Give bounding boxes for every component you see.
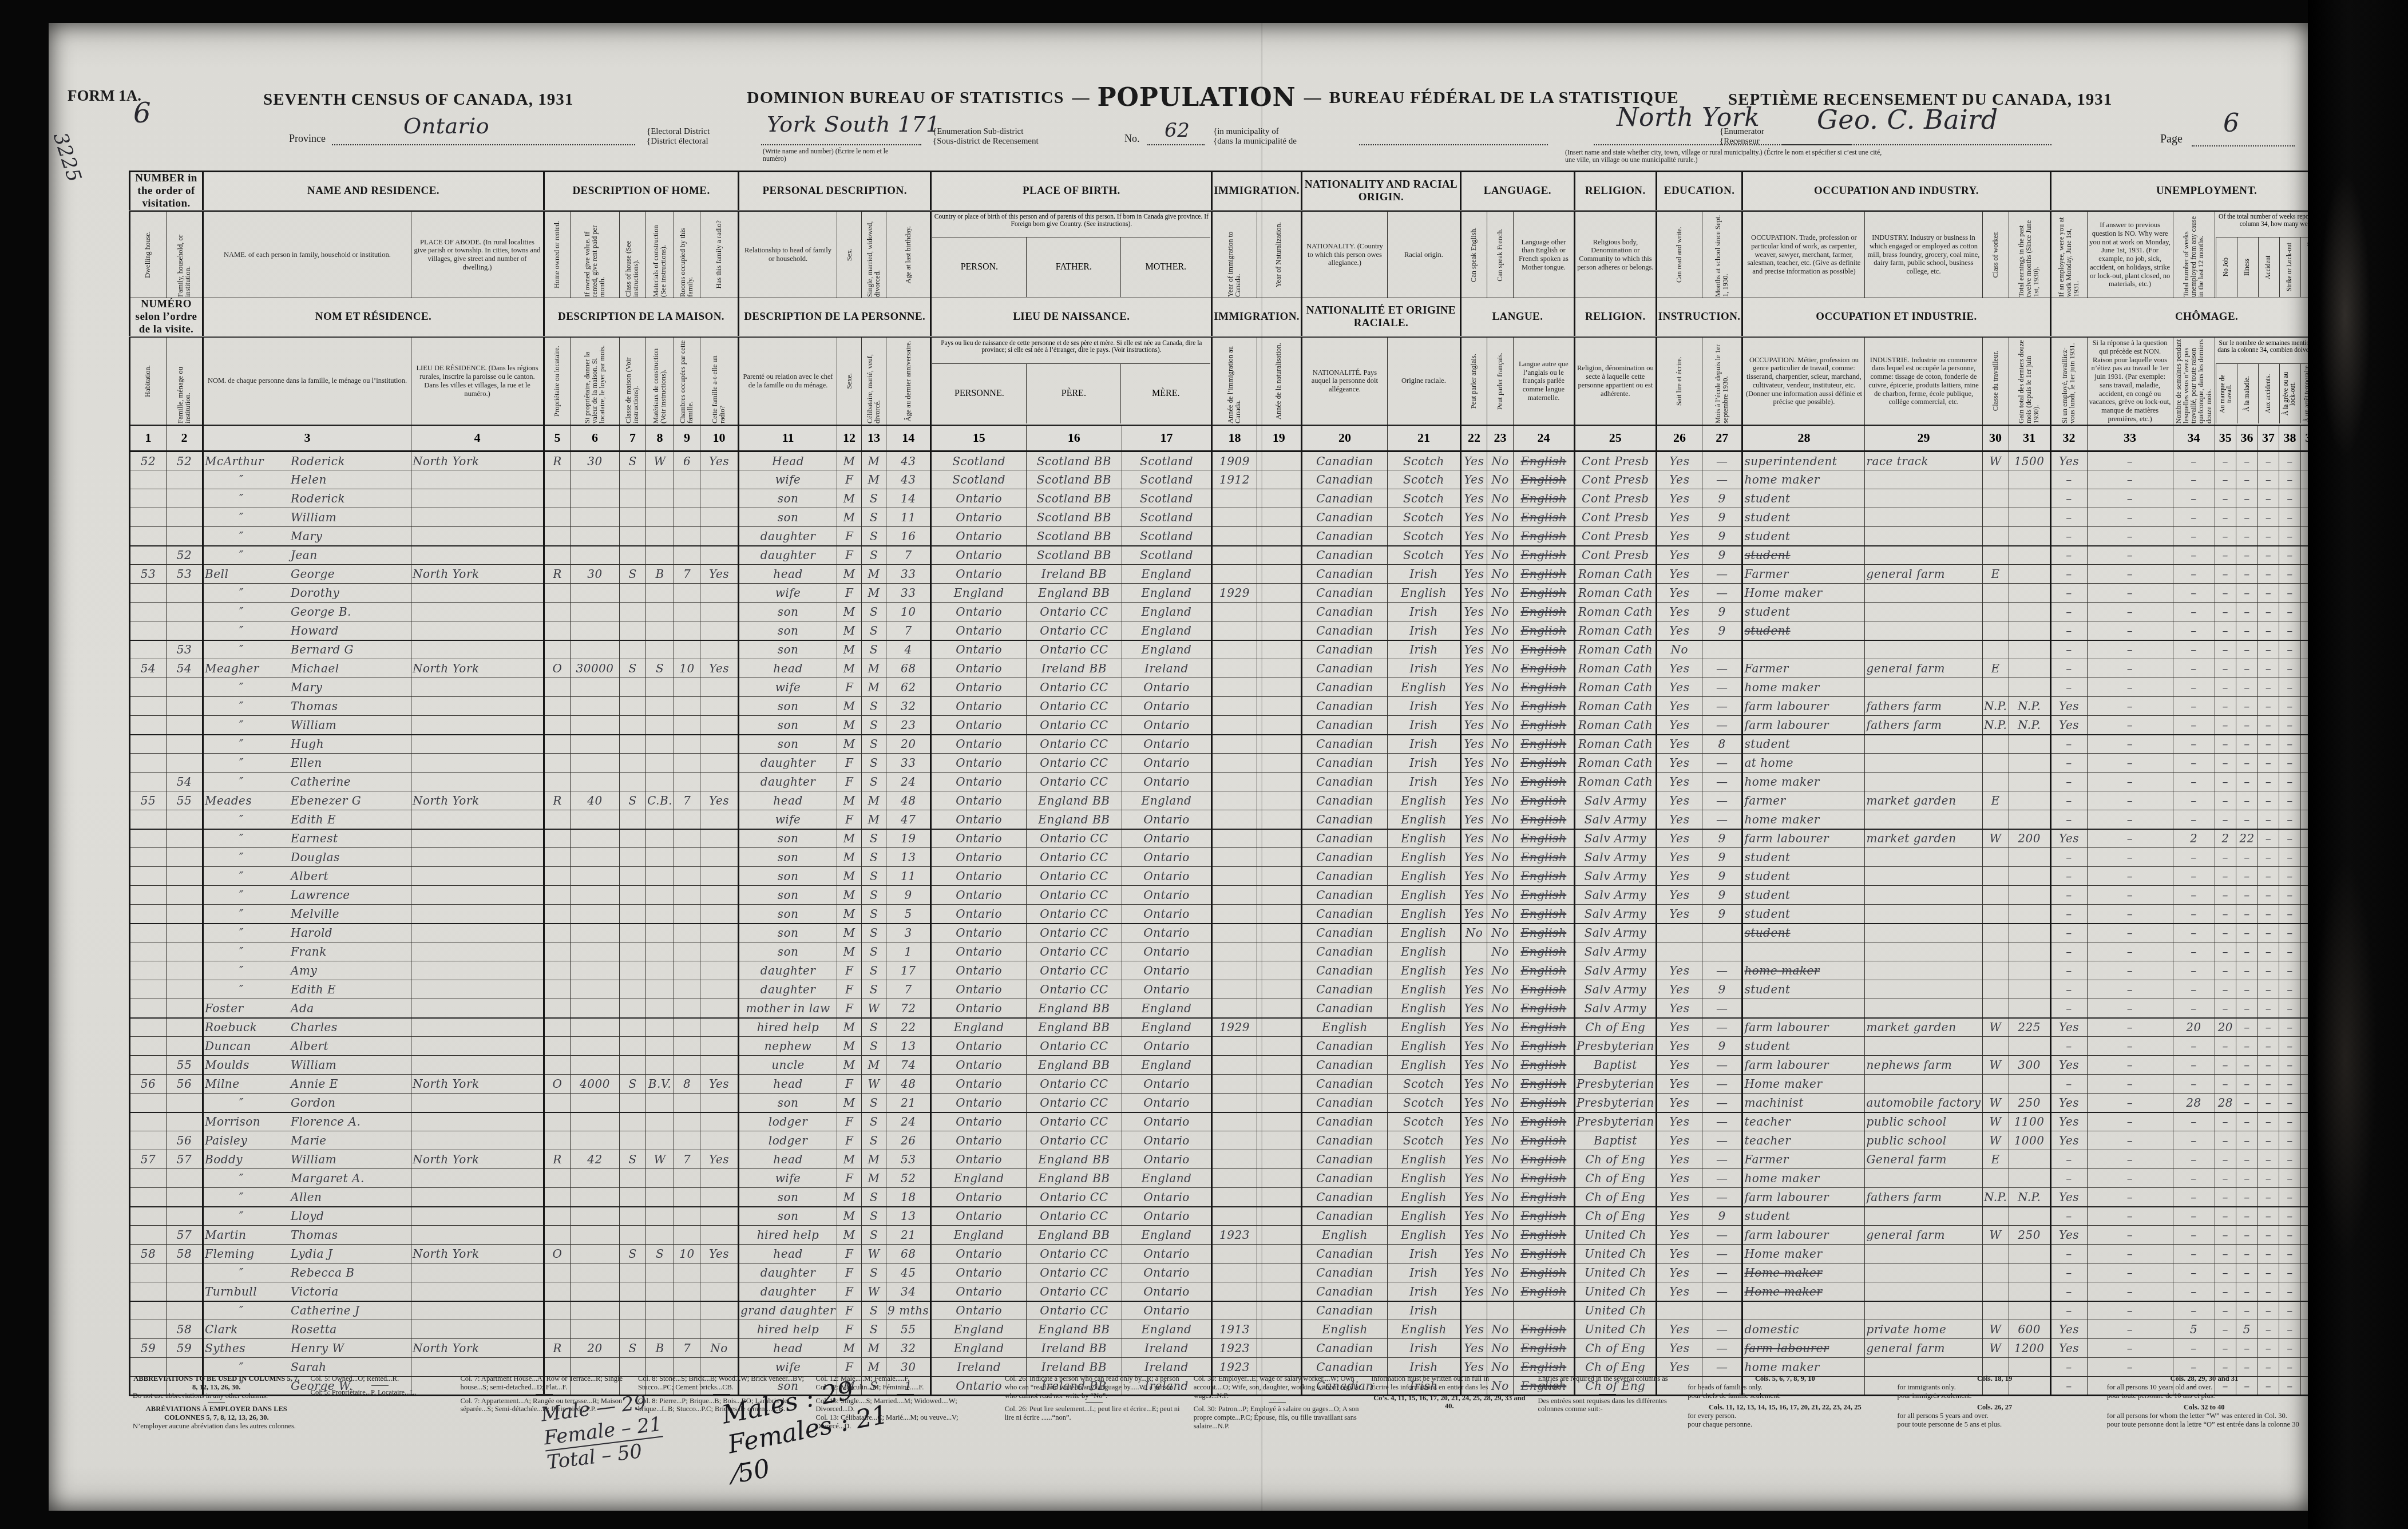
census-row: 5555MeadesEbenezer GNorth YorkR40SC.B.7Y…: [130, 791, 2400, 810]
census-cell: [130, 905, 167, 924]
census-cell: –: [2279, 697, 2301, 716]
census-cell: Yes: [700, 565, 739, 584]
census-cell: –: [2279, 1131, 2301, 1150]
census-cell: S: [862, 829, 886, 848]
census-cell: –: [2236, 640, 2258, 659]
census-cell: —: [1702, 1112, 1742, 1131]
census-cell: –: [2087, 1169, 2173, 1188]
census-cell: [411, 640, 544, 659]
census-cell: [1865, 508, 1982, 527]
cell-occupation: home maker: [1742, 678, 1865, 697]
census-cell: Ontario CC: [1027, 1075, 1122, 1094]
column-number: 13: [862, 425, 886, 451]
census-cell: Yes: [1460, 1245, 1487, 1263]
column-number: 27: [1702, 425, 1742, 451]
census-cell: [1982, 905, 2009, 924]
census-cell: 13: [886, 1037, 931, 1056]
census-cell: Ontario: [1122, 924, 1212, 942]
census-cell: [544, 1226, 571, 1245]
census-cell: –: [2215, 1358, 2236, 1377]
census-cell: [646, 924, 674, 942]
census-row: 5858FlemingLydia JNorth YorkOSS10Yeshead…: [130, 1245, 2400, 1263]
census-cell: 7: [886, 980, 931, 999]
census-cell: F: [837, 961, 862, 980]
cell-mother-tongue: English: [1513, 451, 1574, 470]
census-cell: [571, 980, 620, 999]
census-cell: [2009, 621, 2050, 640]
census-cell: Scotch: [1387, 470, 1460, 489]
census-cell: –: [2279, 886, 2301, 905]
header-subcolumn: Si un employé, travailliez-vous lundi, l…: [2050, 337, 2087, 425]
census-cell: –: [2257, 961, 2279, 980]
census-cell: 11: [886, 867, 931, 886]
census-cell: 10: [674, 1245, 700, 1263]
census-cell: [411, 905, 544, 924]
cell-surname: ″: [205, 965, 291, 976]
cell-name: ″Edith E: [203, 980, 411, 999]
cell-given-name: Rosetta: [291, 1322, 337, 1336]
census-cell: Canadian: [1301, 659, 1387, 678]
census-cell: 22: [2236, 829, 2258, 848]
census-cell: [1257, 1339, 1301, 1358]
cell-occupation: student: [1742, 621, 1865, 640]
census-cell: M: [837, 829, 862, 848]
census-cell: [700, 546, 739, 565]
census-cell: 54: [130, 659, 167, 678]
census-cell: Salv Army: [1574, 961, 1656, 980]
census-cell: 16: [886, 527, 931, 546]
province-value: Ontario: [403, 113, 489, 138]
census-cell: [1257, 1037, 1301, 1056]
census-cell: Yes: [1460, 584, 1487, 603]
census-cell: Yes: [1460, 565, 1487, 584]
census-cell: [2009, 791, 2050, 810]
census-cell: [544, 1282, 571, 1301]
census-cell: Ontario: [931, 829, 1027, 848]
census-cell: W: [646, 451, 674, 470]
census-cell: –: [2087, 810, 2173, 829]
census-cell: Ontario CC: [1027, 961, 1122, 980]
census-cell: [2009, 961, 2050, 980]
census-cell: Ontario: [931, 773, 1027, 791]
census-cell: [1656, 924, 1702, 942]
cell-given-name: Mary: [291, 680, 322, 694]
census-cell: S: [862, 527, 886, 546]
census-cell: Yes: [1460, 1226, 1487, 1245]
census-cell: –: [2050, 961, 2087, 980]
census-cell: [1982, 546, 2009, 565]
census-cell: 68: [886, 1245, 931, 1263]
census-cell: [130, 1169, 167, 1188]
census-cell: Yes: [1656, 489, 1702, 508]
census-cell: 58: [167, 1320, 203, 1339]
census-cell: Canadian: [1301, 942, 1387, 961]
census-cell: [620, 867, 646, 886]
census-cell: [1212, 810, 1257, 829]
census-cell: 53: [167, 640, 203, 659]
census-cell: [167, 754, 203, 773]
census-cell: –: [2173, 1207, 2215, 1226]
census-cell: S: [862, 697, 886, 716]
census-row: 5252McArthurRoderickNorth YorkR30SW6YesH…: [130, 451, 2400, 470]
column-number: 18: [1212, 425, 1257, 451]
cell-given-name: Amy: [291, 964, 317, 977]
census-cell: Scotch: [1387, 1131, 1460, 1150]
census-cell: –: [2215, 489, 2236, 508]
cell-given-name: George: [291, 567, 335, 581]
census-cell: 28: [2173, 1094, 2215, 1112]
cell-surname: Morrison: [205, 1116, 291, 1127]
cell-occupation: student: [1742, 886, 1865, 905]
census-cell: [1257, 735, 1301, 754]
census-cell: Ontario CC: [1027, 678, 1122, 697]
census-cell: Irish: [1387, 773, 1460, 791]
census-row: ″WilliamsonMS23OntarioOntario CCOntarioC…: [130, 716, 2400, 735]
census-cell: 30: [571, 565, 620, 584]
census-cell: –: [2087, 754, 2173, 773]
header-group-title: OCCUPATION AND INDUSTRY.: [1742, 172, 2050, 211]
census-cell: [1212, 1207, 1257, 1226]
census-cell: –: [2279, 1037, 2301, 1056]
cell-mother-tongue: English: [1513, 1188, 1574, 1207]
census-cell: –: [2050, 905, 2087, 924]
header-subcolumn: Famille, ménage ou institution.: [167, 337, 203, 425]
census-cell: –: [2173, 1301, 2215, 1320]
census-cell: [411, 678, 544, 697]
census-cell: Ontario: [931, 791, 1027, 810]
census-cell: 54: [167, 659, 203, 678]
census-cell: Canadian: [1301, 1358, 1387, 1377]
census-cell: [620, 924, 646, 942]
census-cell: –: [2087, 1188, 2173, 1207]
census-cell: W: [1982, 1056, 2009, 1075]
census-cell: Ontario CC: [1027, 1112, 1122, 1131]
census-cell: [646, 1018, 674, 1037]
cell-surname: ″: [205, 587, 291, 599]
census-cell: –: [2279, 1358, 2301, 1377]
census-cell: [674, 1018, 700, 1037]
census-cell: [620, 527, 646, 546]
census-cell: E: [1982, 565, 2009, 584]
cell-occupation: domestic: [1742, 1320, 1865, 1339]
masthead-center: DOMINION BUREAU OF STATISTICS — POPULATI…: [747, 83, 1679, 112]
census-cell: Yes: [700, 1245, 739, 1263]
census-cell: –: [2215, 1169, 2236, 1188]
census-cell: No: [1487, 546, 1513, 565]
census-cell: S: [620, 791, 646, 810]
census-cell: [571, 603, 620, 621]
header-subcolumn: Pays ou lieu de naissance de cette perso…: [931, 337, 1212, 425]
census-cell: N.P.: [1982, 716, 2009, 735]
census-cell: [620, 1358, 646, 1377]
census-cell: [674, 1226, 700, 1245]
cell-name: ″William: [203, 716, 411, 735]
census-cell: S: [620, 1150, 646, 1169]
census-cell: –: [2279, 1018, 2301, 1037]
census-cell: [620, 640, 646, 659]
census-cell: [1257, 1169, 1301, 1188]
census-cell: Ontario CC: [1027, 716, 1122, 735]
column-number: 31: [2009, 425, 2050, 451]
census-cell: [1212, 1037, 1257, 1056]
census-cell: No: [1460, 924, 1487, 942]
census-cell: Ontario: [1122, 1188, 1212, 1207]
census-cell: S: [862, 1131, 886, 1150]
census-cell: –: [2236, 470, 2258, 489]
cell-mother-tongue: English: [1513, 735, 1574, 754]
census-cell: [700, 1263, 739, 1282]
census-cell: [700, 1037, 739, 1056]
column-number: 2: [167, 425, 203, 451]
column-number: 36: [2236, 425, 2258, 451]
cell-name: ″Edith E: [203, 810, 411, 829]
census-cell: Ontario: [931, 1094, 1027, 1112]
cell-given-name: Douglas: [291, 850, 340, 864]
census-cell: [1982, 1358, 2009, 1377]
census-cell: [1257, 867, 1301, 886]
census-cell: M: [837, 867, 862, 886]
cell-given-name: Charles: [291, 1020, 338, 1034]
footnote-entries: Entries are required in the several colu…: [1538, 1374, 1677, 1413]
census-cell: –: [2257, 924, 2279, 942]
census-cell: [620, 508, 646, 527]
census-cell: Ireland: [1122, 659, 1212, 678]
census-cell: Scotland BB: [1027, 451, 1122, 470]
census-cell: Ontario: [1122, 1075, 1212, 1094]
header-group-title: PERSONAL DESCRIPTION.: [739, 172, 931, 211]
header-subcolumn: Année de la naturalisation.: [1257, 337, 1301, 425]
census-cell: –: [2279, 1282, 2301, 1301]
census-cell: –: [2215, 527, 2236, 546]
census-cell: S: [862, 1018, 886, 1037]
census-cell: Yes: [2050, 1320, 2087, 1339]
census-cell: [544, 584, 571, 603]
cell-name: MouldsWilliam: [203, 1056, 411, 1075]
census-cell: [571, 470, 620, 489]
census-cell: –: [2087, 1207, 2173, 1226]
census-cell: [1257, 1282, 1301, 1301]
census-cell: No: [1487, 565, 1513, 584]
census-cell: [1460, 942, 1487, 961]
header-group-title: IMMIGRATION.: [1212, 172, 1302, 211]
census-cell: [411, 1263, 544, 1282]
column-number: 32: [2050, 425, 2087, 451]
census-cell: 33: [886, 754, 931, 773]
census-cell: Yes: [1656, 1150, 1702, 1169]
census-cell: Irish: [1387, 1263, 1460, 1282]
census-cell: –: [2215, 905, 2236, 924]
census-cell: [646, 1207, 674, 1226]
census-cell: [1257, 697, 1301, 716]
census-cell: [646, 867, 674, 886]
census-cell: Ontario CC: [1027, 1131, 1122, 1150]
census-cell: Ontario CC: [1027, 1094, 1122, 1112]
census-cell: –: [2236, 1131, 2258, 1150]
cell-surname: ″: [205, 946, 291, 957]
cell-occupation: Home maker: [1742, 1245, 1865, 1263]
census-cell: –: [2257, 999, 2279, 1018]
census-cell: [2009, 810, 2050, 829]
census-cell: O: [544, 1075, 571, 1094]
census-cell: 1923: [1212, 1339, 1257, 1358]
census-cell: [620, 1112, 646, 1131]
census-cell: Canadian: [1301, 980, 1387, 999]
census-cell: –: [2173, 527, 2215, 546]
census-cell: –: [2236, 603, 2258, 621]
cell-surname: ″: [205, 870, 291, 882]
header-subcolumn: Cette famille a-t-elle un radio?: [700, 337, 739, 425]
census-cell: –: [2236, 1169, 2258, 1188]
census-cell: [2009, 848, 2050, 867]
census-cell: Ontario CC: [1027, 773, 1122, 791]
census-cell: 55: [886, 1320, 931, 1339]
census-cell: M: [862, 791, 886, 810]
census-cell: Yes: [2050, 1112, 2087, 1131]
cell-name: MilneAnnie E: [203, 1075, 411, 1094]
census-cell: Canadian: [1301, 527, 1387, 546]
cell-given-name: Catherine J: [291, 1304, 360, 1317]
census-cell: Yes: [1656, 980, 1702, 999]
census-cell: England: [931, 584, 1027, 603]
census-cell: Presbyterian: [1574, 1075, 1656, 1094]
census-cell: S: [862, 603, 886, 621]
census-cell: [571, 1245, 620, 1263]
census-row: ″DouglassonMS13OntarioOntario CCOntarioC…: [130, 848, 2400, 867]
census-cell: [130, 489, 167, 508]
census-cell: [411, 1301, 544, 1320]
census-cell: [620, 489, 646, 508]
census-cell: [411, 773, 544, 791]
column-number: 33: [2087, 425, 2173, 451]
header-subcolumn: NAME. of each person in family, househol…: [203, 211, 411, 298]
cell-surname: ″: [205, 682, 291, 693]
cell-occupation: [1742, 942, 1865, 961]
census-cell: 9: [1702, 546, 1742, 565]
census-cell: Yes: [1656, 1188, 1702, 1207]
census-cell: –: [2173, 470, 2215, 489]
census-cell: 9: [1702, 508, 1742, 527]
census-cell: English: [1387, 1226, 1460, 1245]
census-cell: general farm: [1865, 659, 1982, 678]
census-cell: Canadian: [1301, 1112, 1387, 1131]
census-cell: –: [2173, 1282, 2215, 1301]
census-row: ″LloydsonMS13OntarioOntario CCOntarioCan…: [130, 1207, 2400, 1226]
census-cell: [646, 1358, 674, 1377]
census-cell: Ontario: [931, 980, 1027, 999]
census-cell: Scotland BB: [1027, 470, 1122, 489]
census-cell: –: [2236, 1188, 2258, 1207]
census-cell: [700, 1301, 739, 1320]
census-cell: –: [2215, 470, 2236, 489]
census-cell: –: [2257, 1131, 2279, 1150]
census-cell: [544, 867, 571, 886]
cell-name: ″Lawrence: [203, 886, 411, 905]
census-cell: –: [2050, 584, 2087, 603]
census-cell: [620, 1320, 646, 1339]
census-cell: –: [2087, 508, 2173, 527]
census-cell: S: [862, 924, 886, 942]
census-cell: [1257, 716, 1301, 735]
census-cell: England BB: [1027, 1169, 1122, 1188]
header-subcolumn: Year of Naturalization.: [1257, 211, 1301, 298]
census-cell: 53: [130, 565, 167, 584]
census-cell: 32: [886, 1339, 931, 1358]
census-cell: [2009, 905, 2050, 924]
census-cell: [674, 1207, 700, 1226]
header-subcolumn: If an employee, were you at work Monday,…: [2050, 211, 2087, 298]
header-subcolumn: Can speak English.: [1460, 211, 1487, 298]
census-cell: [1865, 886, 1982, 905]
census-cell: [1257, 508, 1301, 527]
census-cell: [646, 1301, 674, 1320]
census-cell: [646, 1112, 674, 1131]
cell-given-name: Harold: [291, 926, 332, 940]
census-cell: [411, 716, 544, 735]
census-cell: [411, 829, 544, 848]
census-cell: F: [837, 1301, 862, 1320]
header-subcolumn: NOM. de chaque personne dans la famille,…: [203, 337, 411, 425]
census-cell: [674, 470, 700, 489]
census-cell: [646, 678, 674, 697]
census-cell: –: [2087, 1112, 2173, 1131]
census-cell: 33: [886, 565, 931, 584]
cell-occupation: home maker: [1742, 961, 1865, 980]
census-cell: [130, 1301, 167, 1320]
census-cell: –: [2215, 1301, 2236, 1320]
census-cell: Yes: [1460, 603, 1487, 621]
census-cell: –: [2215, 942, 2236, 961]
census-cell: English: [1387, 1037, 1460, 1056]
footnote-full-info: Information must be written out in full …: [1371, 1374, 1527, 1411]
census-cell: Ontario: [1122, 1263, 1212, 1282]
census-cell: 4000: [571, 1075, 620, 1094]
census-cell: North York: [411, 451, 544, 470]
census-cell: –: [2279, 980, 2301, 999]
census-cell: Yes: [1460, 527, 1487, 546]
census-cell: No: [1487, 999, 1513, 1018]
census-cell: [1982, 980, 2009, 999]
census-cell: [1257, 999, 1301, 1018]
census-cell: —: [1702, 678, 1742, 697]
census-cell: M: [837, 886, 862, 905]
census-cell: [1982, 508, 2009, 527]
census-cell: M: [837, 1056, 862, 1075]
census-cell: N.P.: [2009, 716, 2050, 735]
census-cell: [620, 886, 646, 905]
census-cell: [544, 1094, 571, 1112]
census-cell: 9: [1702, 980, 1742, 999]
census-cell: [646, 489, 674, 508]
census-cell: Scotch: [1387, 527, 1460, 546]
header-subcolumn: Matériaux de construction (Voir instruct…: [646, 337, 674, 425]
census-cell: M: [862, 584, 886, 603]
census-cell: [167, 603, 203, 621]
census-cell: —: [1702, 697, 1742, 716]
census-cell: 62: [886, 678, 931, 697]
census-cell: –: [2087, 1018, 2173, 1037]
census-cell: –: [2050, 565, 2087, 584]
census-cell: [130, 942, 167, 961]
census-cell: S: [620, 1339, 646, 1358]
census-cell: [411, 735, 544, 754]
census-cell: [1212, 754, 1257, 773]
census-cell: Ontario CC: [1027, 1245, 1122, 1263]
footer-notes: ABBREVIATIONS TO BE USED IN COLUMNS 5, 7…: [133, 1374, 2302, 1431]
census-cell: Irish: [1387, 735, 1460, 754]
census-cell: No: [1487, 1131, 1513, 1150]
census-cell: –: [2050, 1263, 2087, 1282]
census-cell: Cont Presb: [1574, 527, 1656, 546]
